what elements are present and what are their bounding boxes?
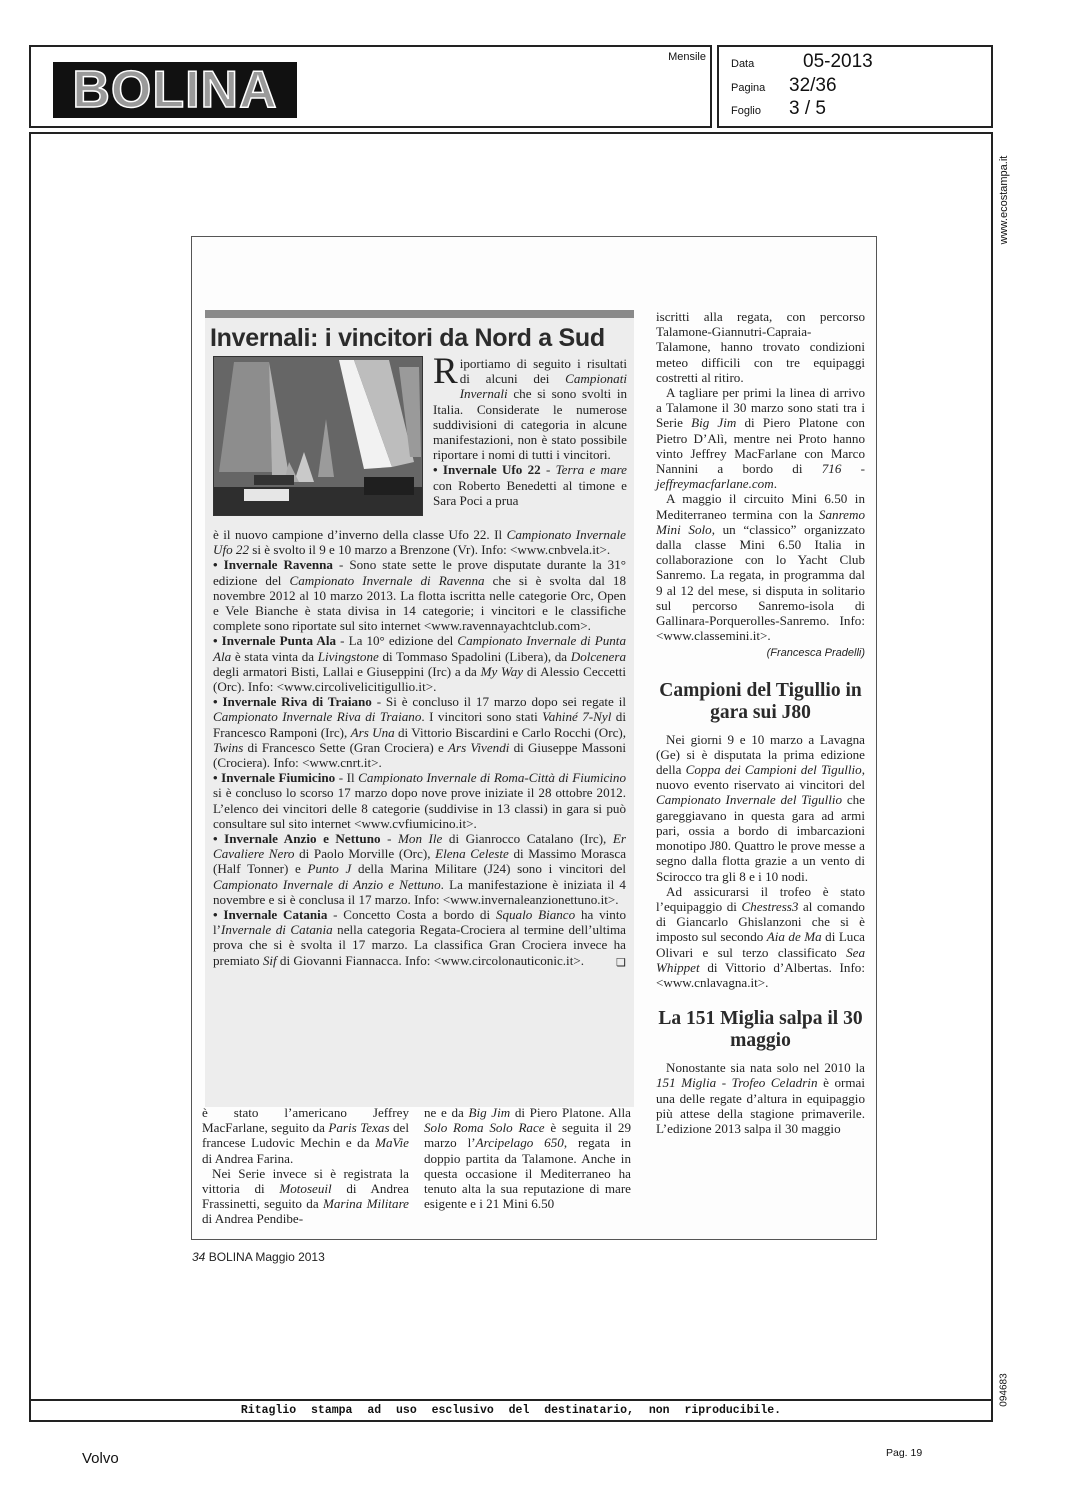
publication-meta-box: Data 05-2013 Pagina 32/36 Foglio 3 / 5 (717, 45, 993, 128)
section-head-ufo22: • Invernale Ufo 22 (433, 462, 541, 477)
paragraph: Nonostante sia nata solo nel 2010 la 151… (656, 1060, 865, 1136)
main-article-box: Invernali: i vincitori da Nord a Sud Rip… (205, 310, 634, 1107)
paragraph: iscritti alla regata, con percorso Talam… (656, 309, 865, 385)
results-list: è il nuovo campione d’inverno della clas… (213, 527, 626, 970)
paragraph: è stato l’americano Jeffrey MacFarlane, … (202, 1105, 409, 1166)
side-code: 094683 (996, 1365, 1012, 1415)
meta-sheet-value: 3 / 5 (789, 98, 826, 120)
meta-sheet: Foglio 3 / 5 (731, 98, 826, 120)
section-anzio-nettuno: • Invernale Anzio e Nettuno - Mon Ile di… (213, 831, 626, 907)
section-riva-di-traiano: • Invernale Riva di Traiano - Si è concl… (213, 694, 626, 770)
meta-date: Data 05-2013 (731, 51, 873, 73)
box-top-bar (205, 310, 634, 318)
document-page-number: Pag. 19 (886, 1447, 922, 1459)
frame-footer-notice: Ritaglio stampa ad uso esclusivo del des… (31, 1399, 991, 1420)
masthead-box: BOLINA Mensile (29, 45, 712, 128)
lower-column-1: è stato l’americano Jeffrey MacFarlane, … (202, 1105, 409, 1227)
meta-page-label: Pagina (731, 82, 781, 94)
intro-paragraph: Riportiamo di seguito i risultati di alc… (433, 356, 627, 508)
logo-text: BOLINA (72, 64, 277, 116)
section-punta-ala: • Invernale Punta Ala - La 10° edizione … (213, 633, 626, 694)
side-url: www.ecostampa.it (996, 145, 1012, 255)
section-ufo22-cont: è il nuovo campione d’inverno della clas… (213, 527, 626, 557)
periodicity-label: Mensile (668, 51, 706, 63)
meta-date-value: 05-2013 (803, 51, 873, 73)
paragraph: A maggio il circuito Mini 6.50 in Medite… (656, 491, 865, 643)
article-clipping: Invernali: i vincitori da Nord a Sud Rip… (191, 236, 877, 1240)
section-fiumicino: • Invernale Fiumicino - Il Campionato In… (213, 770, 626, 831)
miglia-headline: La 151 Miglia salpa il 30 maggio (656, 1008, 865, 1052)
section-catania: • Invernale Catania - Concetto Costa a b… (213, 907, 626, 968)
bolina-logo: BOLINA (53, 62, 297, 118)
paragraph: Ad assicurarsi il trofeo è stato l’equip… (656, 884, 865, 990)
client-name: Volvo (82, 1450, 119, 1467)
right-column: iscritti alla regata, con percorso Talam… (656, 309, 865, 1136)
paragraph: Nei giorni 9 e 10 marzo a Lavagna (Ge) s… (656, 732, 865, 884)
meta-sheet-label: Foglio (731, 105, 781, 117)
magazine-page-footer: 34 BOLINA Maggio 2013 (192, 1250, 325, 1264)
section-ravenna: • Invernale Ravenna - Sono state sette l… (213, 557, 626, 633)
paragraph: Nei Serie invece si è registrata la vitt… (202, 1166, 409, 1227)
paragraph: A tagliare per primi la linea di arrivo … (656, 385, 865, 491)
sailboats-illustration (214, 357, 422, 515)
meta-page-value: 32/36 (789, 75, 837, 97)
sailboats-photo (213, 356, 423, 516)
magazine-page-number: 34 (192, 1250, 205, 1264)
author-signature: (Francesca Pradelli) (656, 646, 865, 661)
meta-page: Pagina 32/36 (731, 75, 837, 97)
end-of-article-icon: ❏ (616, 955, 626, 970)
drop-cap: R (433, 357, 458, 387)
tigullio-headline: Campioni del Tigullio in gara sui J80 (656, 680, 865, 724)
meta-date-label: Data (731, 58, 781, 70)
lower-column-2: ne e da Big Jim di Piero Platone. Alla S… (424, 1105, 631, 1211)
article-title: Invernali: i vincitori da Nord a Sud (210, 324, 634, 353)
